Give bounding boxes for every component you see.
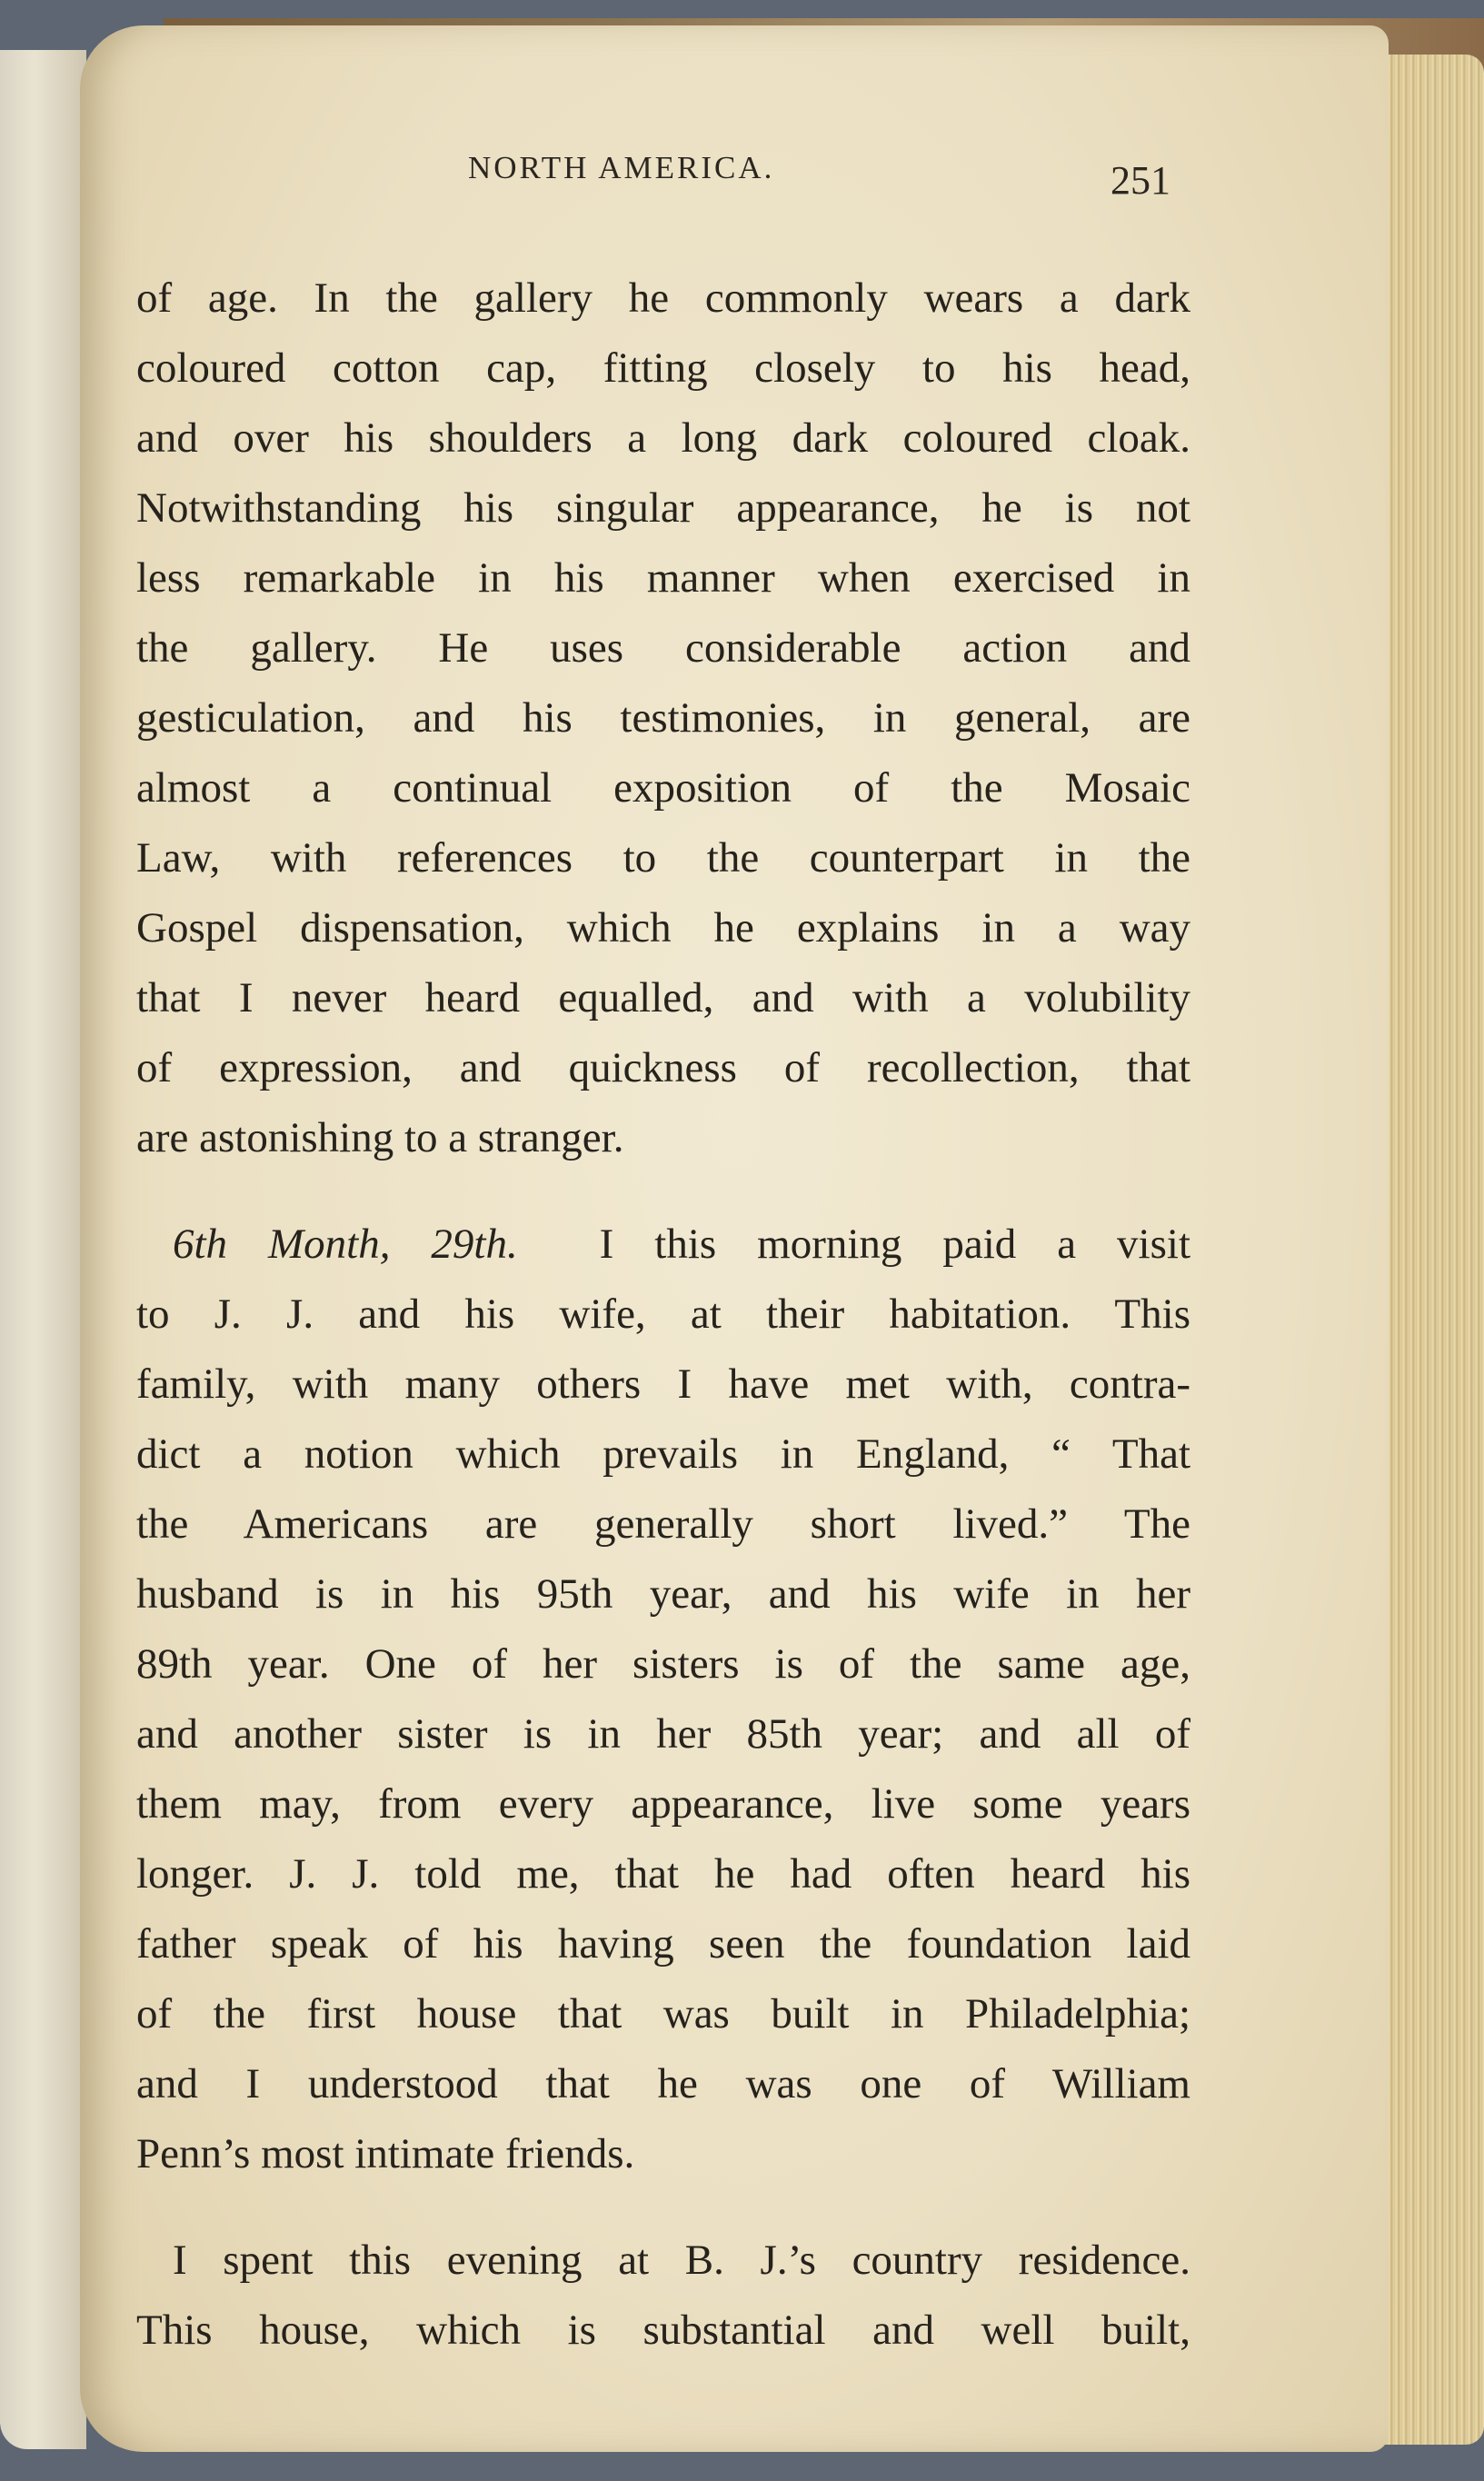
text-line: father speak of his having seen the foun…	[136, 1909, 1190, 1979]
running-head: NORTH AMERICA. 251	[0, 150, 1484, 204]
text-line: coloured cotton cap, fitting closely to …	[136, 334, 1190, 404]
text-line: husband is in his 95th year, and his wif…	[136, 1559, 1190, 1629]
entry-date: 6th Month, 29th.	[173, 1221, 518, 1268]
text-line: longer. J. J. told me, that he had often…	[136, 1839, 1190, 1909]
text-line: of age. In the gallery he commonly wears…	[136, 264, 1190, 334]
page-number: 251	[1111, 157, 1170, 204]
paragraph-2: 6th Month, 29th. I this morning paid a v…	[136, 1210, 1190, 2189]
text-line: of expression, and quickness of recollec…	[136, 1033, 1190, 1103]
paragraph-1: of age. In the gallery he commonly wears…	[136, 264, 1190, 1173]
text-line: that I never heard equalled, and with a …	[136, 963, 1190, 1033]
text-line: less remarkable in his manner when exerc…	[136, 543, 1190, 613]
text-line: and another sister is in her 85th year; …	[136, 1699, 1190, 1769]
text-line: Notwithstanding his singular appearance,…	[136, 473, 1190, 543]
text-line: and over his shoulders a long dark colou…	[136, 404, 1190, 473]
text-line: them may, from every appearance, live so…	[136, 1769, 1190, 1839]
text-line: 89th year. One of her sisters is of the …	[136, 1629, 1190, 1699]
text-line: of the first house that was built in Phi…	[136, 1979, 1190, 2049]
running-title: NORTH AMERICA.	[468, 150, 774, 186]
text-line: family, with many others I have met with…	[136, 1350, 1190, 1420]
text-line: to J. J. and his wife, at their habitati…	[136, 1280, 1190, 1350]
paragraph-3: I spent this evening at B. J.’s country …	[136, 2226, 1190, 2366]
text-line: the Americans are generally short lived.…	[136, 1490, 1190, 1559]
body-text: of age. In the gallery he commonly wears…	[136, 264, 1190, 2366]
text-line: and I understood that he was one of Will…	[136, 2049, 1190, 2119]
text-line: Penn’s most intimate friends.	[136, 2119, 1190, 2189]
text-line: Law, with references to the counterpart …	[136, 823, 1190, 893]
text-line: gesticulation, and his testimonies, in g…	[136, 683, 1190, 753]
text-line-dated: 6th Month, 29th. I this morning paid a v…	[136, 1210, 1190, 1280]
page-block-edges	[1372, 55, 1484, 2445]
text-line: This house, which is substantial and wel…	[136, 2296, 1190, 2366]
facing-page-edge	[0, 50, 86, 2449]
text-line: almost a continual exposition of the Mos…	[136, 753, 1190, 823]
text-line: Gospel dispensation, which he explains i…	[136, 893, 1190, 963]
text-line: I spent this evening at B. J.’s country …	[136, 2226, 1190, 2296]
text-line: dict a notion which prevails in England,…	[136, 1420, 1190, 1490]
text-line: are astonishing to a stranger.	[136, 1103, 1190, 1173]
text-line: the gallery. He uses considerable action…	[136, 613, 1190, 683]
